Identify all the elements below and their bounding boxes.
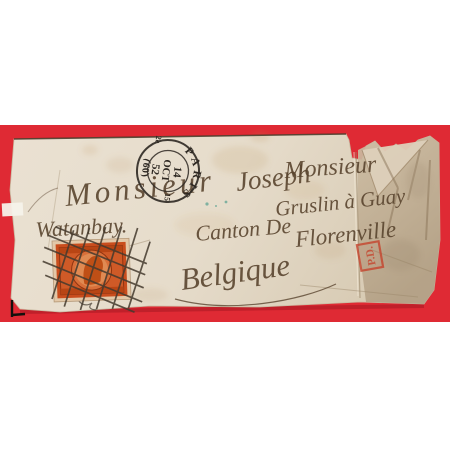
postmark-collection: 2e bbox=[153, 135, 163, 144]
postmark-year: 52 bbox=[148, 163, 161, 176]
postmark-levee: 15 bbox=[162, 193, 172, 202]
pd-box: P.D. bbox=[357, 241, 383, 270]
paper-patch bbox=[2, 202, 24, 216]
photo-of-postal-cover: Monsieur Monsieur Joseph Gruslin à Guay … bbox=[0, 0, 450, 450]
